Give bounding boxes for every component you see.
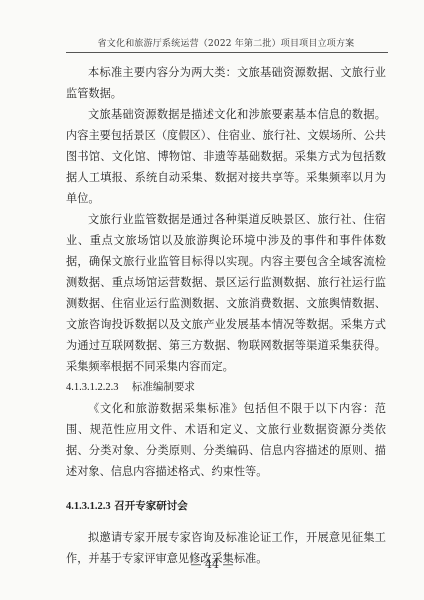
section-number: 4.1.3.1.2.2.3 (66, 382, 119, 393)
document-body: 本标准主要内容分为两大类：文旅基础资源数据、文旅行业监管数据。 文旅基础资源数据… (66, 62, 386, 569)
paragraph-supervision-data: 文旅行业监管数据是通过各种渠道反映景区、旅行社、住宿业、重点文旅场馆以及旅游舆论… (66, 209, 386, 377)
section-title: 标准编制要求 (132, 381, 195, 393)
page-number: — 44 — (0, 558, 424, 571)
section-heading-expert-seminar: 4.1.3.1.2.3 召开专家研讨会 (66, 496, 386, 517)
document-page: 省文化和旅游厅系统运营（2022 年第二批）项目项目立项方案 本标准主要内容分为… (0, 0, 424, 600)
paragraph-intro: 本标准主要内容分为两大类：文旅基础资源数据、文旅行业监管数据。 (66, 62, 386, 104)
section-title: 召开专家研讨会 (114, 500, 188, 512)
paragraph-basic-resource-data: 文旅基础资源数据是描述文化和涉旅要素基本信息的数据。内容主要包括景区（度假区）、… (66, 104, 386, 209)
section-heading-standard-requirements: 4.1.3.1.2.2.3 标准编制要求 (66, 377, 386, 398)
running-header: 省文化和旅游厅系统运营（2022 年第二批）项目项目立项方案 (66, 36, 386, 49)
header-rule (66, 52, 388, 53)
section-number: 4.1.3.1.2.3 (66, 501, 111, 512)
paragraph-standard-content: 《文化和旅游数据采集标准》包括但不限于以下内容：范围、规范性应用文件、术语和定义… (66, 398, 386, 482)
